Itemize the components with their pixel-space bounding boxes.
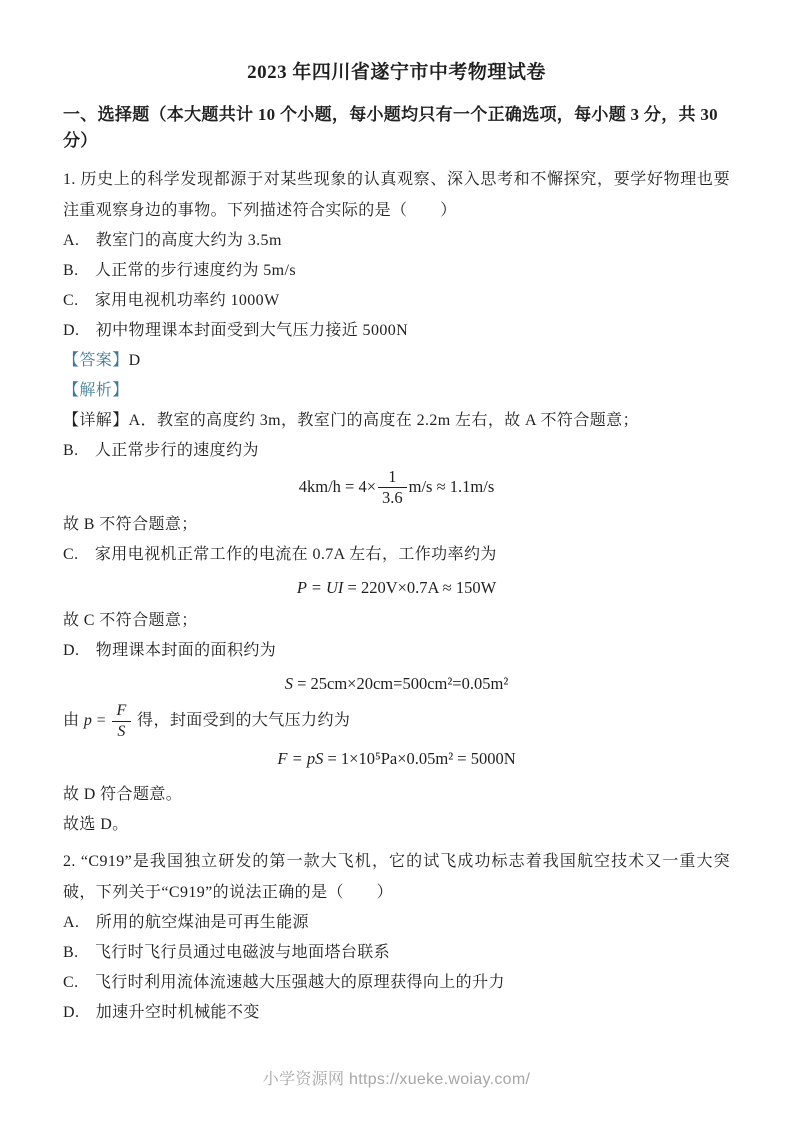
fraction-one-over-3-6: 13.6 xyxy=(378,468,407,508)
formula-force-rest: = 1×10⁵Pa×0.05m² = 5000N xyxy=(323,749,515,768)
analysis-label: 【解析】 xyxy=(63,382,129,399)
exam-document-page: 2023 年四川省遂宁市中考物理试卷 一、选择题（本大题共计 10 个小题，每小… xyxy=(0,0,793,1122)
formula-power-rest: = 220V×0.7A ≈ 150W xyxy=(343,578,496,597)
detail-line-b-intro: B. 人正常步行的速度约为 xyxy=(63,436,730,466)
conclusion-final: 故选 D。 xyxy=(63,810,730,840)
conclusion-b: 故 B 不符合题意； xyxy=(63,510,730,540)
question-1-option-c: C. 家用电视机功率约 1000W xyxy=(63,286,730,316)
question-1-option-d: D. 初中物理课本封面受到大气压力接近 5000N xyxy=(63,316,730,346)
answer-line: 【答案】D xyxy=(63,346,730,376)
pressure-post-text: 得，封面受到的大气压力约为 xyxy=(133,712,351,729)
pressure-equals: = xyxy=(92,712,110,729)
formula-area-vars: S xyxy=(285,674,293,693)
detail-label: 【详解】 xyxy=(63,412,129,429)
question-2-option-b: B. 飞行时飞行员通过电磁波与地面塔台联系 xyxy=(63,938,730,968)
question-2-stem: 2. “C919”是我国独立研发的第一款大飞机，它的试飞成功标志着我国航空技术又… xyxy=(63,846,730,908)
formula-area: S = 25cm×20cm=500cm²=0.05m² xyxy=(63,669,730,699)
answer-value: D xyxy=(129,352,141,369)
question-1-option-a: A. 教室门的高度大约为 3.5m xyxy=(63,226,730,256)
question-2-option-a: A. 所用的航空煤油是可再生能源 xyxy=(63,908,730,938)
formula-force-vars: F = pS xyxy=(277,749,323,768)
formula-speed-rhs: m/s ≈ 1.1m/s xyxy=(409,477,495,496)
detail-line-a: 【详解】A．教室的高度约 3m，教室门的高度在 2.2m 左右，故 A 不符合题… xyxy=(63,406,730,436)
question-2-option-c: C. 飞行时利用流体流速越大压强越大的原理获得向上的升力 xyxy=(63,968,730,998)
formula-power-vars: P = UI xyxy=(297,578,344,597)
pressure-derivation-line: 由 p = FS 得，封面受到的大气压力约为 xyxy=(63,702,730,741)
fraction-denominator: S xyxy=(112,722,130,741)
exam-title: 2023 年四川省遂宁市中考物理试卷 xyxy=(63,60,730,86)
question-2-option-d: D. 加速升空时机械能不变 xyxy=(63,998,730,1028)
detail-a-text: A．教室的高度约 3m，教室门的高度在 2.2m 左右，故 A 不符合题意； xyxy=(129,412,639,429)
pressure-pre-text: 由 xyxy=(63,712,84,729)
pressure-variable: p xyxy=(84,712,92,729)
fraction-numerator: 1 xyxy=(378,468,407,488)
formula-power: P = UI = 220V×0.7A ≈ 150W xyxy=(63,573,730,603)
formula-speed-lhs: 4km/h = 4× xyxy=(299,477,376,496)
formula-speed: 4km/h = 4×13.6m/s ≈ 1.1m/s xyxy=(63,468,730,508)
detail-line-d-intro: D. 物理课本封面的面积约为 xyxy=(63,636,730,666)
fraction-numerator: F xyxy=(112,702,130,722)
detail-line-c-intro: C. 家用电视机正常工作的电流在 0.7A 左右，工作功率约为 xyxy=(63,540,730,570)
formula-force: F = pS = 1×10⁵Pa×0.05m² = 5000N xyxy=(63,744,730,774)
conclusion-c: 故 C 不符合题意； xyxy=(63,606,730,636)
question-1-option-b: B. 人正常的步行速度约为 5m/s xyxy=(63,256,730,286)
section-heading: 一、选择题（本大题共计 10 个小题，每小题均只有一个正确选项，每小题 3 分，… xyxy=(63,102,730,154)
conclusion-d: 故 D 符合题意。 xyxy=(63,780,730,810)
question-1-stem: 1. 历史上的科学发现都源于对某些现象的认真观察、深入思考和不懈探究，要学好物理… xyxy=(63,164,730,226)
fraction-f-over-s: FS xyxy=(112,702,130,741)
footer-watermark: 小学资源网 https://xueke.woiay.com/ xyxy=(0,1065,793,1095)
answer-label: 【答案】 xyxy=(63,352,129,369)
formula-area-rest: = 25cm×20cm=500cm²=0.05m² xyxy=(293,674,508,693)
fraction-denominator: 3.6 xyxy=(378,488,407,507)
analysis-line: 【解析】 xyxy=(63,376,730,406)
